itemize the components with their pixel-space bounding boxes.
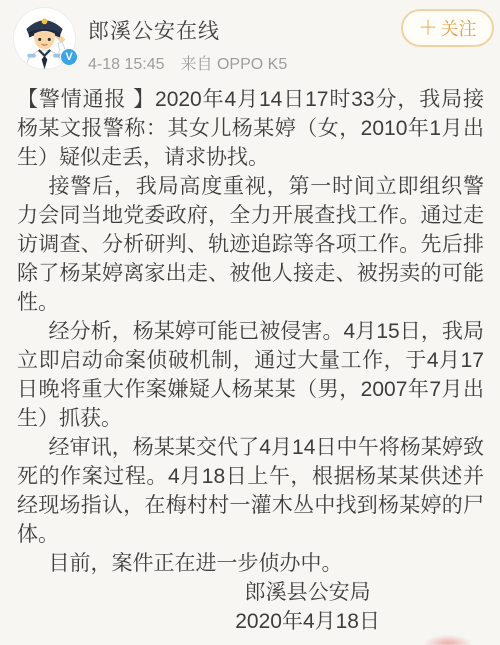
post-paragraph: 经分析，杨某婷可能已被侵害。4月15日，我局立即启动命案侦破机制，通过大量工作，… [17, 317, 484, 433]
signature-block: 郎溪县公安局 2020年4月18日 [235, 578, 380, 636]
verified-badge-icon: V [60, 48, 78, 66]
plus-icon: ＋ [418, 19, 437, 38]
signature-date: 2020年4月18日 [235, 607, 380, 636]
follow-button[interactable]: ＋ 关注 [401, 9, 494, 47]
follow-button-label: 关注 [441, 15, 477, 41]
post-meta: 4-18 15:45来自 OPPO K5 [88, 51, 486, 74]
avatar[interactable]: V [14, 8, 75, 69]
post-paragraph: 接警后，我局高度重视，第一时间立即组织警力会同当地党委政府，全力开展查找工作。通… [17, 172, 484, 317]
post-source[interactable]: 来自 OPPO K5 [181, 56, 288, 73]
post-paragraph: 【警情通报 】2020年4月14日17时33分，我局接杨某文报警称：其女儿杨某婷… [17, 85, 484, 172]
signature-issuer: 郎溪县公安局 [235, 578, 380, 607]
post-paragraph: 经审讯，杨某某交代了4月14日中午将杨某婷致死的作案过程。4月18日上午，根据杨… [17, 433, 484, 549]
timestamp: 4-18 15:45 [88, 56, 165, 73]
post-content: 【警情通报 】2020年4月14日17时33分，我局接杨某文报警称：其女儿杨某婷… [0, 70, 500, 636]
red-watermark-fragment [424, 635, 472, 645]
post-header: V 郎溪公安在线 4-18 15:45来自 OPPO K5 ＋ 关注 [0, 0, 500, 70]
post-paragraph: 目前，案件正在进一步侦办中。 [17, 549, 484, 578]
